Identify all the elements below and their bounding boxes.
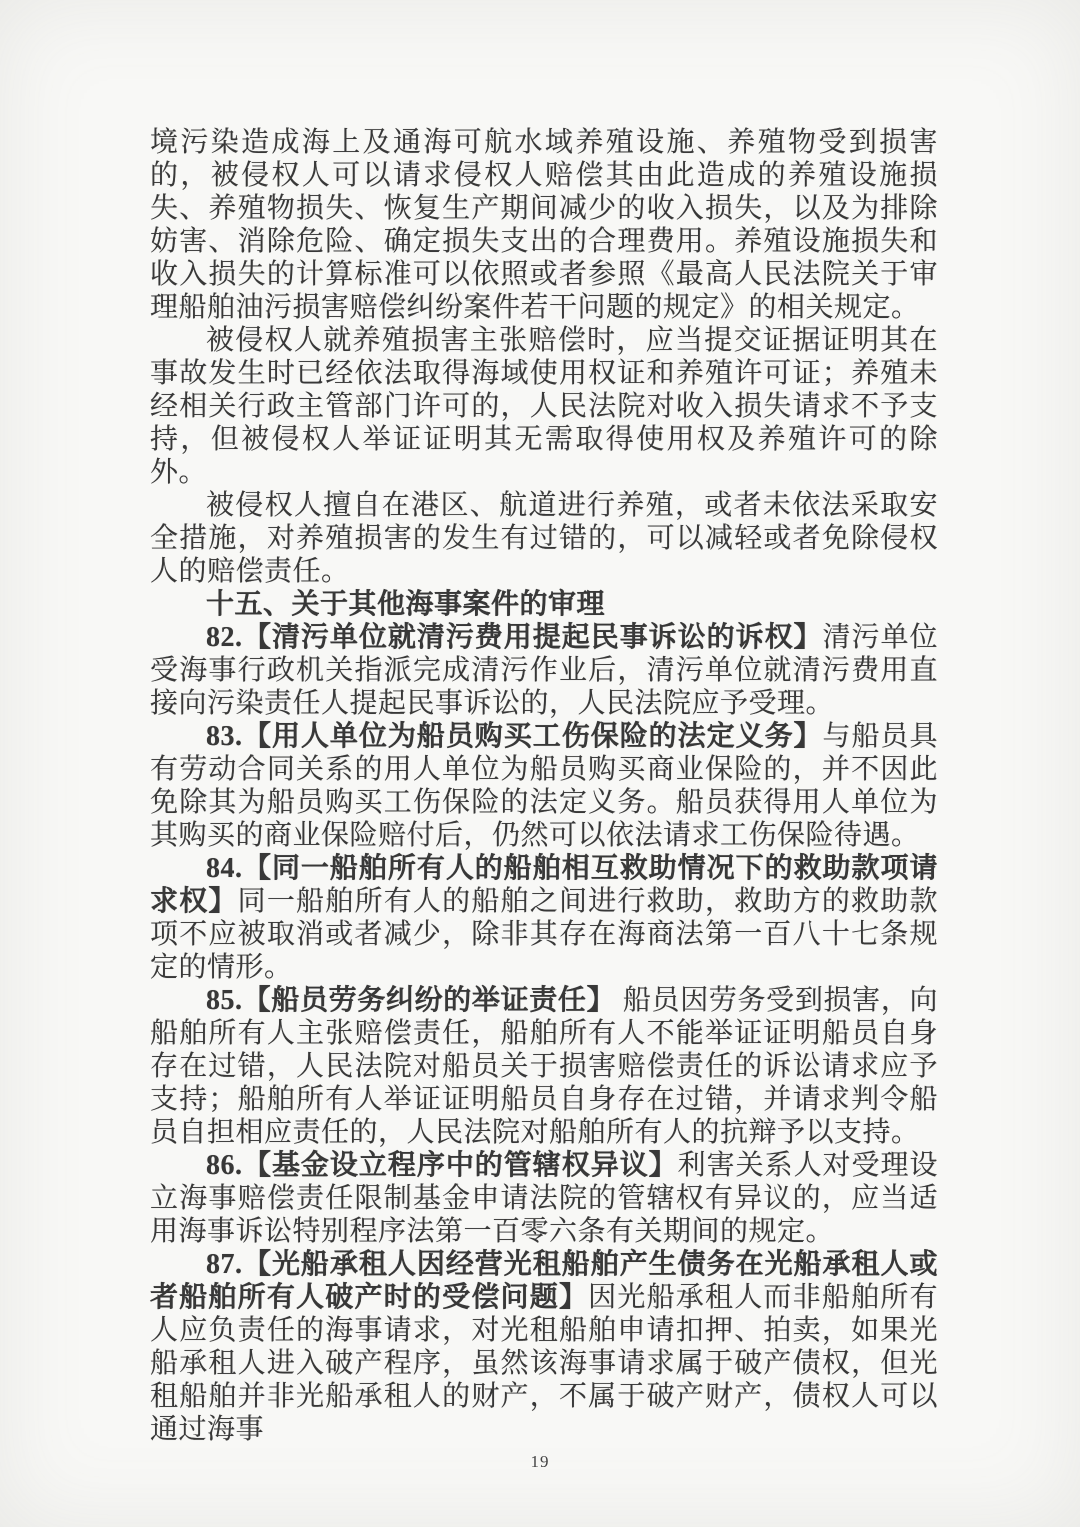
paragraph-continuation: 境污染造成海上及通海可航水域养殖设施、养殖物受到损害的，被侵权人可以请求侵权人赔… bbox=[150, 126, 938, 324]
legal-item-83: 83.【用人单位为船员购买工伤保险的法定义务】与船员具有劳动合同关系的用人单位为… bbox=[150, 720, 938, 852]
document-page: 境污染造成海上及通海可航水域养殖设施、养殖物受到损害的，被侵权人可以请求侵权人赔… bbox=[0, 0, 1080, 1527]
page-number: 19 bbox=[0, 1452, 1080, 1472]
section-heading: 十五、关于其他海事案件的审理 bbox=[150, 588, 938, 621]
legal-item-86: 86.【基金设立程序中的管辖权异议】利害关系人对受理设立海事赔偿责任限制基金申请… bbox=[150, 1149, 938, 1248]
item-title: 82.【清污单位就清污费用提起民事诉讼的诉权】 bbox=[206, 622, 823, 653]
legal-item-87: 87.【光船承租人因经营光租船舶产生债务在光船承租人或者船舶所有人破产时的受偿问… bbox=[150, 1248, 938, 1446]
legal-item-82: 82.【清污单位就清污费用提起民事诉讼的诉权】清污单位受海事行政机关指派完成清污… bbox=[150, 621, 938, 720]
paragraph: 被侵权人就养殖损害主张赔偿时，应当提交证据证明其在事故发生时已经依法取得海域使用… bbox=[150, 324, 938, 489]
item-title: 85.【船员劳务纠纷的举证责任】 bbox=[206, 985, 615, 1016]
legal-item-84: 84.【同一船舶所有人的船舶相互救助情况下的救助款项请求权】同一船舶所有人的船舶… bbox=[150, 852, 938, 984]
item-body: 同一船舶所有人的船舶之间进行救助，救助方的救助款项不应被取消或者减少，除非其存在… bbox=[150, 886, 938, 983]
legal-item-85: 85.【船员劳务纠纷的举证责任】 船员因劳务受到损害，向船舶所有人主张赔偿责任，… bbox=[150, 984, 938, 1149]
item-title: 83.【用人单位为船员购买工伤保险的法定义务】 bbox=[206, 721, 823, 752]
paragraph: 被侵权人擅自在港区、航道进行养殖，或者未依法采取安全措施，对养殖损害的发生有过错… bbox=[150, 489, 938, 588]
item-title: 86.【基金设立程序中的管辖权异议】 bbox=[206, 1150, 678, 1181]
text-block: 境污染造成海上及通海可航水域养殖设施、养殖物受到损害的，被侵权人可以请求侵权人赔… bbox=[150, 126, 938, 1446]
